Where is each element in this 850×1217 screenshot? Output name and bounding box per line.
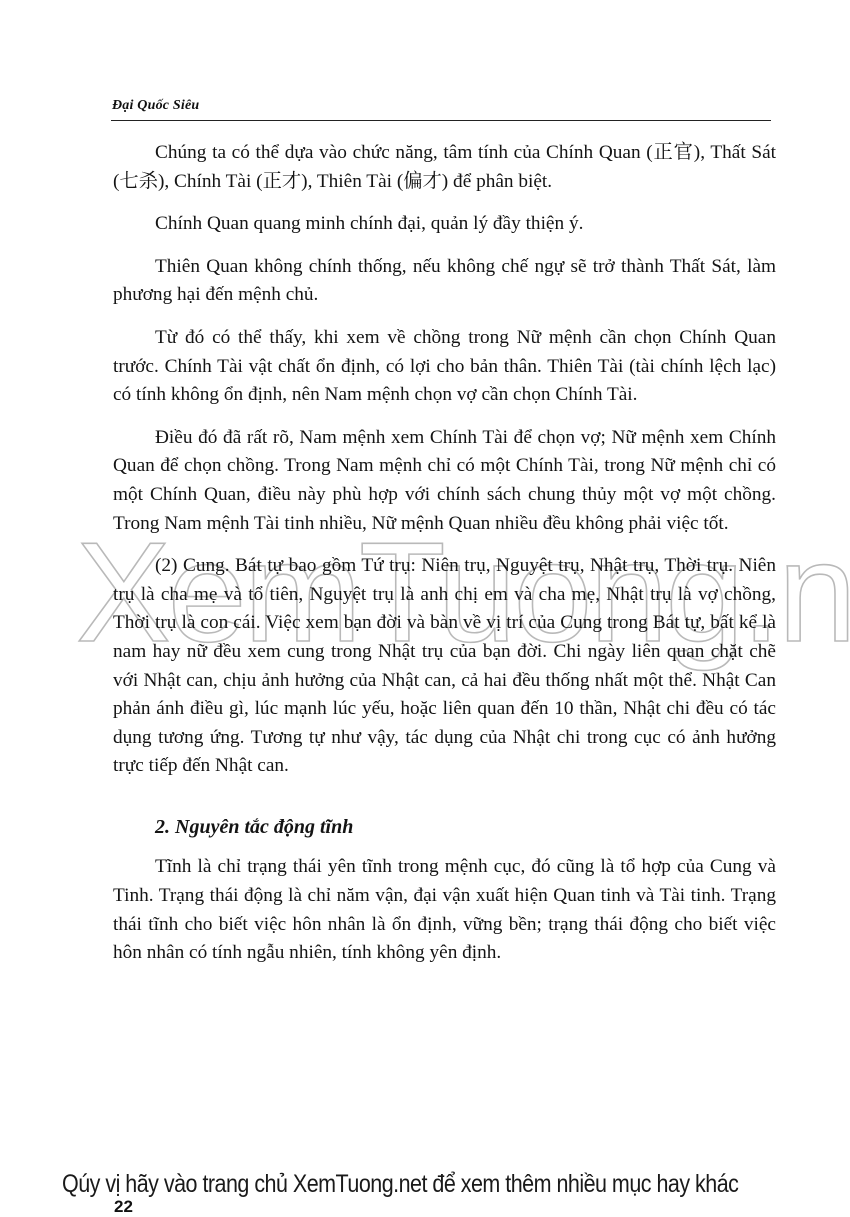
body-text: Chúng ta có thể dựa vào chức năng, tâm t… <box>113 139 776 982</box>
running-title: Đại Quốc Siêu <box>112 98 199 114</box>
paragraph: Thiên Quan không chính thống, nếu không … <box>113 253 776 310</box>
paragraph: Chính Quan quang minh chính đại, quản lý… <box>113 210 776 239</box>
paragraph: Tĩnh là chỉ trạng thái yên tĩnh trong mệ… <box>113 853 776 967</box>
page-header: Đại Quốc Siêu <box>111 96 771 121</box>
paragraph: Chúng ta có thể dựa vào chức năng, tâm t… <box>113 139 776 196</box>
paragraph: Điều đó đã rất rõ, Nam mệnh xem Chính Tà… <box>113 424 776 538</box>
paragraph: (2) Cung. Bát tự bao gồm Tứ trụ: Niên tr… <box>113 552 776 781</box>
website-banner: Qúy vị hãy vào trang chủ XemTuong.net để… <box>62 1170 698 1199</box>
paragraph: Từ đó có thể thấy, khi xem về chồng tron… <box>113 324 776 410</box>
section-heading: 2. Nguyên tắc động tĩnh <box>155 813 776 842</box>
page-number: 22 <box>114 1197 133 1217</box>
